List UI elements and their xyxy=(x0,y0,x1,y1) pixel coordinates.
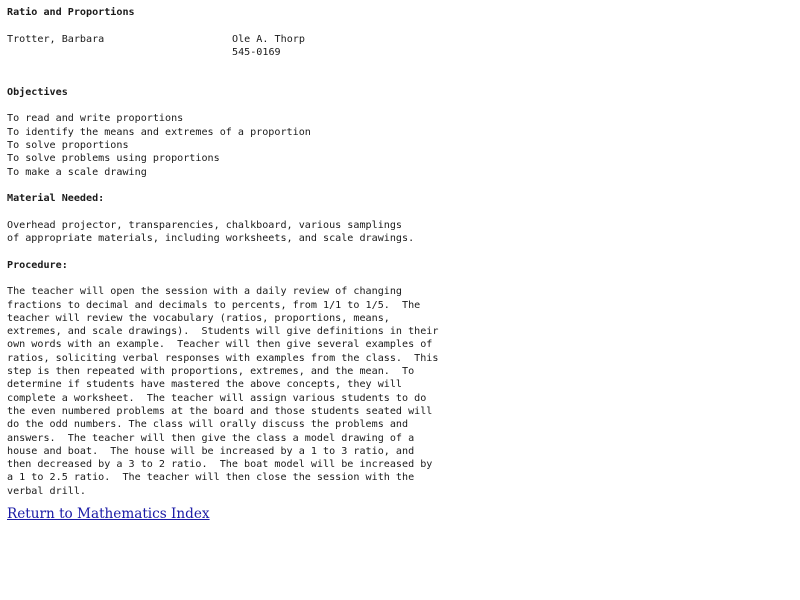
phone-number: 545-0169 xyxy=(232,47,281,58)
procedure-line: the even numbered problems at the board … xyxy=(7,405,438,418)
objective-item: To solve proportions xyxy=(7,139,438,152)
page-title: Ratio and Proportions xyxy=(7,7,135,18)
materials-heading: Material Needed: xyxy=(7,193,104,204)
materials-line: Overhead projector, transparencies, chal… xyxy=(7,219,438,232)
procedure-line: verbal drill. xyxy=(7,485,438,498)
objectives-heading: Objectives xyxy=(7,87,68,98)
objective-item: To read and write proportions xyxy=(7,112,438,125)
procedure-heading: Procedure: xyxy=(7,260,68,271)
procedure-line: house and boat. The house will be increa… xyxy=(7,445,438,458)
school-name: Ole A. Thorp xyxy=(232,34,305,45)
procedure-line: a 1 to 2.5 ratio. The teacher will then … xyxy=(7,471,438,484)
document-page: Ratio and ProportionsTrotter, BarbaraOle… xyxy=(0,0,800,600)
procedure-line: The teacher will open the session with a… xyxy=(7,285,438,298)
procedure-line: teacher will review the vocabulary (rati… xyxy=(7,312,438,325)
materials-line: of appropriate materials, including work… xyxy=(7,232,438,245)
objective-item: To identify the means and extremes of a … xyxy=(7,126,438,139)
lesson-plan-text: Ratio and ProportionsTrotter, BarbaraOle… xyxy=(7,6,438,498)
teacher-name: Trotter, Barbara xyxy=(7,33,232,46)
procedure-line: do the odd numbers. The class will orall… xyxy=(7,418,438,431)
objective-item: To make a scale drawing xyxy=(7,166,438,179)
procedure-line: then decreased by a 3 to 2 ratio. The bo… xyxy=(7,458,438,471)
procedure-line: complete a worksheet. The teacher will a… xyxy=(7,392,438,405)
objective-item: To solve problems using proportions xyxy=(7,152,438,165)
author-line: Trotter, BarbaraOle A. Thorp xyxy=(7,33,438,46)
procedure-line: fractions to decimal and decimals to per… xyxy=(7,299,438,312)
procedure-line: own words with an example. Teacher will … xyxy=(7,338,438,351)
procedure-line: extremes, and scale drawings). Students … xyxy=(7,325,438,338)
procedure-line: step is then repeated with proportions, … xyxy=(7,365,438,378)
procedure-line: ratios, soliciting verbal responses with… xyxy=(7,352,438,365)
procedure-line: determine if students have mastered the … xyxy=(7,378,438,391)
return-to-mathematics-index-link[interactable]: Return to Mathematics Index xyxy=(7,506,210,522)
procedure-line: answers. The teacher will then give the … xyxy=(7,432,438,445)
